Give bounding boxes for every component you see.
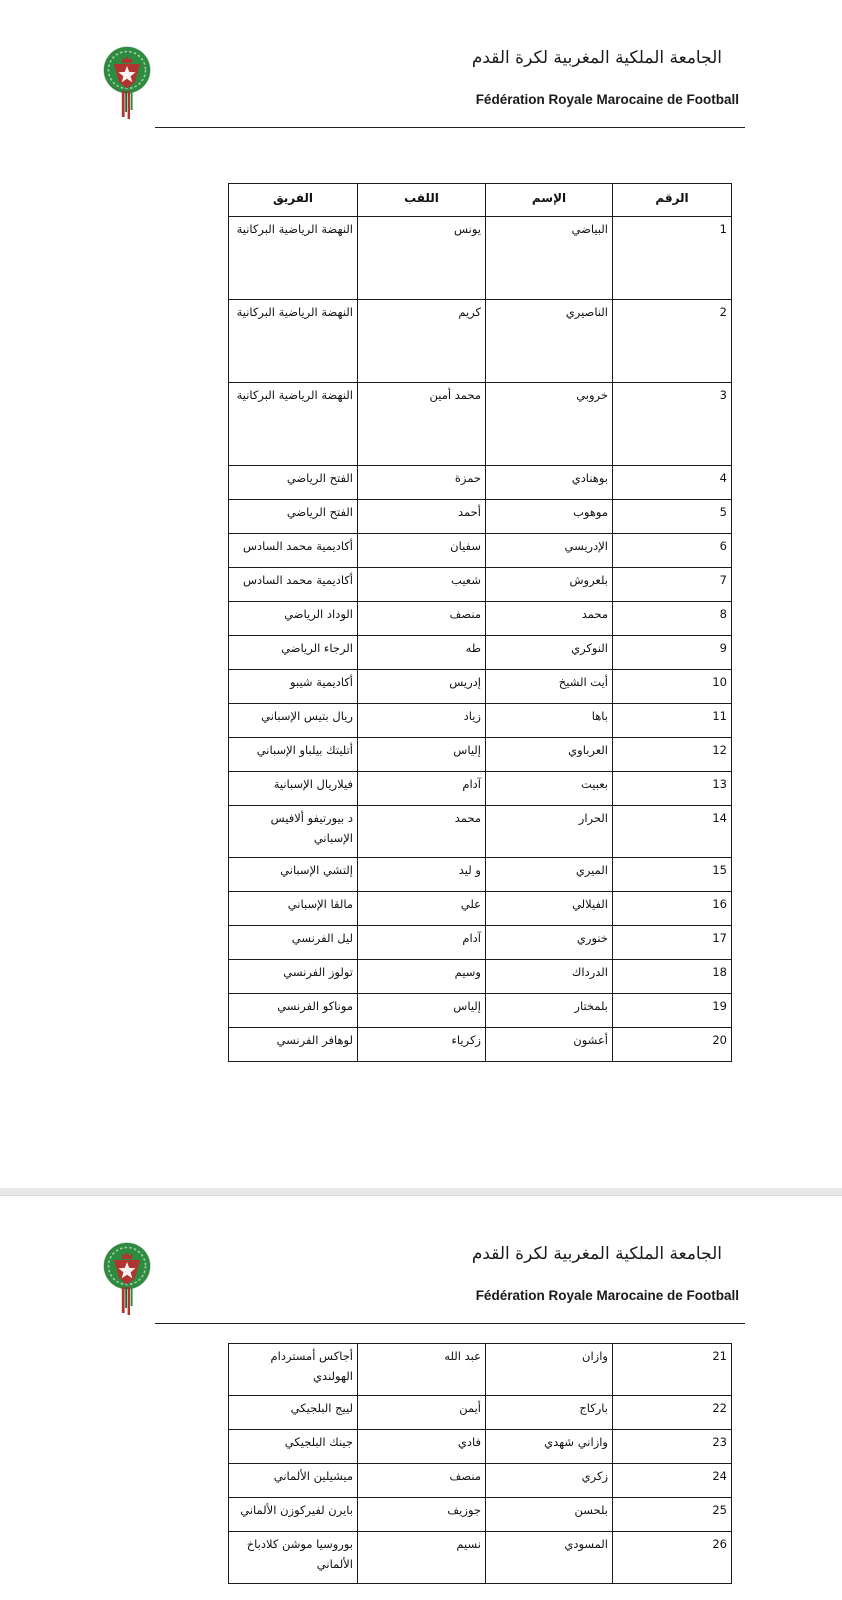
cell-team: بوروسيا موشن كلادباخ الألماني	[229, 1532, 358, 1584]
table-row: 17 خنوري آدام ليل الفرنسي	[229, 926, 732, 960]
cell-name: بلعروش	[486, 568, 613, 602]
frmf-crest-icon	[103, 46, 151, 124]
table-row: 12 العرباوي إلياس أتليتك بيلباو الإسباني	[229, 738, 732, 772]
cell-surname: إدريس	[358, 670, 486, 704]
cell-team: أكاديمية محمد السادس	[229, 534, 358, 568]
cell-name: باركاج	[486, 1396, 613, 1430]
cell-name: أيت الشيخ	[486, 670, 613, 704]
cell-surname: حمزة	[358, 466, 486, 500]
cell-surname: كريم	[358, 300, 486, 383]
table-row: 20 أعشون زكرياء لوهافر الفرنسي	[229, 1028, 732, 1062]
cell-name: زكري	[486, 1464, 613, 1498]
cell-team: ليل الفرنسي	[229, 926, 358, 960]
cell-surname: إلياس	[358, 994, 486, 1028]
page-2: الجامعة الملكية المغربية لكرة القدم Fédé…	[0, 1196, 842, 1600]
table-row: 25 بلحسن جوزيف بايرن لفيركوزن الألماني	[229, 1498, 732, 1532]
cell-surname: زكرياء	[358, 1028, 486, 1062]
frmf-crest-icon	[103, 1242, 151, 1320]
cell-team: لوهافر الفرنسي	[229, 1028, 358, 1062]
table-row: 26 المسودي نسيم بوروسيا موشن كلادباخ الأ…	[229, 1532, 732, 1584]
cell-team: أجاكس أمستردام الهولندي	[229, 1344, 358, 1396]
table-row: 23 وازاني شهدي فادي جينك البلجيكي	[229, 1430, 732, 1464]
cell-team: النهضة الرياضية البركانية	[229, 217, 358, 300]
header-rule	[155, 1323, 745, 1324]
cell-surname: وسيم	[358, 960, 486, 994]
cell-surname: منصف	[358, 602, 486, 636]
cell-number: 15	[613, 858, 732, 892]
col-header-team: الفريق	[229, 184, 358, 217]
cell-number: 10	[613, 670, 732, 704]
table-row: 13 بعبيت آدام فيلاريال الإسبانية	[229, 772, 732, 806]
cell-number: 21	[613, 1344, 732, 1396]
cell-name: أعشون	[486, 1028, 613, 1062]
cell-surname: يونس	[358, 217, 486, 300]
cell-number: 22	[613, 1396, 732, 1430]
cell-surname: علي	[358, 892, 486, 926]
page-separator	[0, 1188, 842, 1196]
cell-name: الميري	[486, 858, 613, 892]
cell-number: 1	[613, 217, 732, 300]
table-header-row: الرقم الإسم اللقب الفريق	[229, 184, 732, 217]
cell-number: 7	[613, 568, 732, 602]
cell-name: موهوب	[486, 500, 613, 534]
cell-number: 8	[613, 602, 732, 636]
table-row: 22 باركاج أيمن لييج البلجيكي	[229, 1396, 732, 1430]
cell-number: 24	[613, 1464, 732, 1498]
cell-surname: شعيب	[358, 568, 486, 602]
col-header-name: الإسم	[486, 184, 613, 217]
cell-team: أتليتك بيلباو الإسباني	[229, 738, 358, 772]
cell-name: بلحسن	[486, 1498, 613, 1532]
cell-team: مالقا الإسباني	[229, 892, 358, 926]
col-header-surname: اللقب	[358, 184, 486, 217]
table-row: 7 بلعروش شعيب أكاديمية محمد السادس	[229, 568, 732, 602]
cell-team: أكاديمية محمد السادس	[229, 568, 358, 602]
cell-name: بعبيت	[486, 772, 613, 806]
table-row: 3 خروبي محمد أمين النهضة الرياضية البركا…	[229, 383, 732, 466]
cell-name: وازاني شهدي	[486, 1430, 613, 1464]
table-row: 1 البياضي يونس النهضة الرياضية البركانية	[229, 217, 732, 300]
cell-number: 26	[613, 1532, 732, 1584]
cell-team: الوداد الرياضي	[229, 602, 358, 636]
cell-name: الإدريسي	[486, 534, 613, 568]
cell-name: خروبي	[486, 383, 613, 466]
players-table-page-1: الرقم الإسم اللقب الفريق 1 البياضي يونس …	[228, 183, 732, 1062]
cell-surname: آدام	[358, 772, 486, 806]
cell-number: 13	[613, 772, 732, 806]
cell-number: 17	[613, 926, 732, 960]
page-1: الجامعة الملكية المغربية لكرة القدم Fédé…	[0, 0, 842, 1188]
cell-name: بلمختار	[486, 994, 613, 1028]
cell-number: 23	[613, 1430, 732, 1464]
cell-name: الحرار	[486, 806, 613, 858]
cell-team: جينك البلجيكي	[229, 1430, 358, 1464]
cell-surname: سفيان	[358, 534, 486, 568]
cell-team: لييج البلجيكي	[229, 1396, 358, 1430]
document-canvas: الجامعة الملكية المغربية لكرة القدم Fédé…	[0, 0, 842, 1600]
cell-surname: و ليد	[358, 858, 486, 892]
table-row: 15 الميري و ليد إلتشي الإسباني	[229, 858, 732, 892]
cell-number: 18	[613, 960, 732, 994]
table-row: 11 باها زياد ريال بتيس الإسباني	[229, 704, 732, 738]
cell-surname: إلياس	[358, 738, 486, 772]
cell-team: بايرن لفيركوزن الألماني	[229, 1498, 358, 1532]
federation-title-french: Fédération Royale Marocaine de Football	[476, 92, 739, 107]
cell-team: إلتشي الإسباني	[229, 858, 358, 892]
cell-number: 9	[613, 636, 732, 670]
cell-number: 12	[613, 738, 732, 772]
table-row: 16 الفيلالي علي مالقا الإسباني	[229, 892, 732, 926]
cell-number: 5	[613, 500, 732, 534]
cell-team: الفتح الرياضي	[229, 466, 358, 500]
cell-name: النوكري	[486, 636, 613, 670]
players-table-page-2: 21 وازان عبد الله أجاكس أمستردام الهولند…	[228, 1343, 732, 1584]
cell-team: تولوز الفرنسي	[229, 960, 358, 994]
table-row: 14 الحرار محمد د بيورتيفو ألافيس الإسبان…	[229, 806, 732, 858]
table-row: 5 موهوب أحمد الفتح الرياضي	[229, 500, 732, 534]
cell-number: 4	[613, 466, 732, 500]
table-row: 24 زكري منصف ميشيلين الألماني	[229, 1464, 732, 1498]
cell-surname: أيمن	[358, 1396, 486, 1430]
cell-number: 19	[613, 994, 732, 1028]
cell-name: الفيلالي	[486, 892, 613, 926]
cell-name: العرباوي	[486, 738, 613, 772]
table-row: 4 بوهنادي حمزة الفتح الرياضي	[229, 466, 732, 500]
cell-surname: جوزيف	[358, 1498, 486, 1532]
table-row: 19 بلمختار إلياس موناكو الفرنسي	[229, 994, 732, 1028]
cell-number: 20	[613, 1028, 732, 1062]
cell-name: محمد	[486, 602, 613, 636]
cell-name: خنوري	[486, 926, 613, 960]
table-row: 9 النوكري طه الرجاء الرياضي	[229, 636, 732, 670]
cell-name: باها	[486, 704, 613, 738]
cell-surname: نسيم	[358, 1532, 486, 1584]
cell-name: البياضي	[486, 217, 613, 300]
federation-title-arabic: الجامعة الملكية المغربية لكرة القدم	[472, 1244, 722, 1264]
cell-team: د بيورتيفو ألافيس الإسباني	[229, 806, 358, 858]
cell-name: بوهنادي	[486, 466, 613, 500]
header-rule	[155, 127, 745, 128]
cell-number: 3	[613, 383, 732, 466]
cell-team: النهضة الرياضية البركانية	[229, 300, 358, 383]
cell-name: الدرداك	[486, 960, 613, 994]
table-row: 6 الإدريسي سفيان أكاديمية محمد السادس	[229, 534, 732, 568]
cell-surname: محمد	[358, 806, 486, 858]
col-header-number: الرقم	[613, 184, 732, 217]
cell-number: 2	[613, 300, 732, 383]
table-row: 21 وازان عبد الله أجاكس أمستردام الهولند…	[229, 1344, 732, 1396]
cell-surname: عبد الله	[358, 1344, 486, 1396]
cell-team: ريال بتيس الإسباني	[229, 704, 358, 738]
cell-surname: آدام	[358, 926, 486, 960]
cell-name: المسودي	[486, 1532, 613, 1584]
cell-surname: زياد	[358, 704, 486, 738]
cell-team: ميشيلين الألماني	[229, 1464, 358, 1498]
cell-number: 25	[613, 1498, 732, 1532]
cell-surname: طه	[358, 636, 486, 670]
page-1-header: الجامعة الملكية المغربية لكرة القدم Fédé…	[0, 0, 842, 140]
cell-team: أكاديمية شيبو	[229, 670, 358, 704]
cell-name: الناصيري	[486, 300, 613, 383]
cell-team: النهضة الرياضية البركانية	[229, 383, 358, 466]
cell-surname: فادي	[358, 1430, 486, 1464]
federation-title-french: Fédération Royale Marocaine de Football	[476, 1288, 739, 1303]
cell-surname: أحمد	[358, 500, 486, 534]
cell-number: 14	[613, 806, 732, 858]
cell-team: الفتح الرياضي	[229, 500, 358, 534]
table-row: 8 محمد منصف الوداد الرياضي	[229, 602, 732, 636]
cell-team: موناكو الفرنسي	[229, 994, 358, 1028]
cell-name: وازان	[486, 1344, 613, 1396]
cell-number: 11	[613, 704, 732, 738]
table-row: 2 الناصيري كريم النهضة الرياضية البركاني…	[229, 300, 732, 383]
federation-title-arabic: الجامعة الملكية المغربية لكرة القدم	[472, 48, 722, 68]
page-2-header: الجامعة الملكية المغربية لكرة القدم Fédé…	[0, 1196, 842, 1336]
table-row: 18 الدرداك وسيم تولوز الفرنسي	[229, 960, 732, 994]
table-row: 10 أيت الشيخ إدريس أكاديمية شيبو	[229, 670, 732, 704]
cell-number: 6	[613, 534, 732, 568]
cell-team: الرجاء الرياضي	[229, 636, 358, 670]
cell-team: فيلاريال الإسبانية	[229, 772, 358, 806]
cell-surname: محمد أمين	[358, 383, 486, 466]
cell-number: 16	[613, 892, 732, 926]
cell-surname: منصف	[358, 1464, 486, 1498]
